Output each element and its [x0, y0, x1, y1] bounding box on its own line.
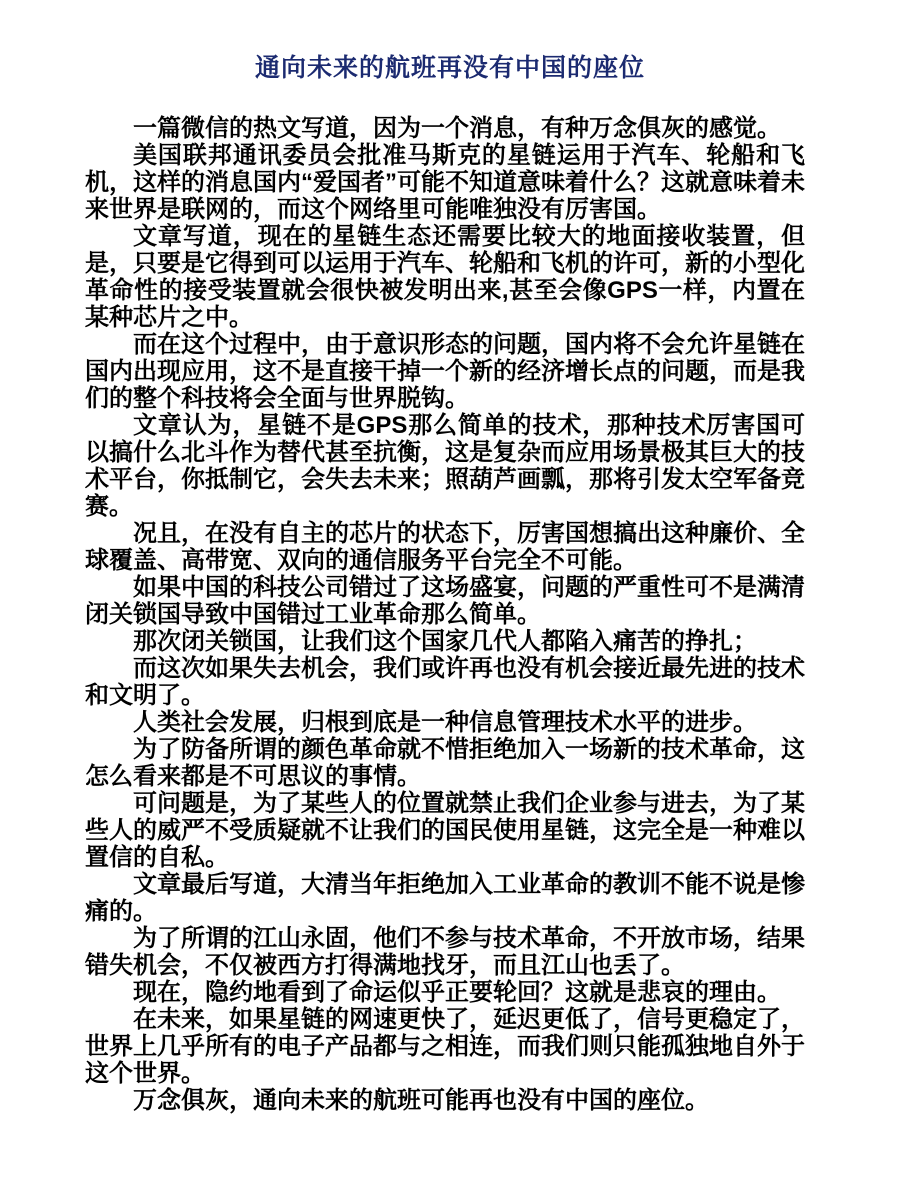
paragraph: 况且，在没有自主的芯片的状态下，厉害国想搞出这种廉价、全球覆盖、高带宽、双向的通… — [85, 520, 805, 574]
paragraph: 而这次如果失去机会，我们或许再也没有机会接近最先进的技术和文明了。 — [85, 655, 805, 709]
paragraph: 在未来，如果星链的网速更快了，延迟更低了，信号更稳定了，世界上几乎所有的电子产品… — [85, 1006, 805, 1087]
paragraph: 美国联邦通讯委员会批准马斯克的星链运用于汽车、轮船和飞机，这样的消息国内“爱国者… — [85, 142, 805, 223]
paragraph: 一篇微信的热文写道，因为一个消息，有种万念俱灰的感觉。 — [85, 115, 805, 142]
article-title: 通向未来的航班再没有中国的座位 — [0, 52, 900, 84]
paragraph: 为了防备所谓的颜色革命就不惜拒绝加入一场新的技术革命，这怎么看来都是不可思议的事… — [85, 736, 805, 790]
article-body: 一篇微信的热文写道，因为一个消息，有种万念俱灰的感觉。 美国联邦通讯委员会批准马… — [85, 115, 805, 1114]
paragraph: 文章最后写道，大清当年拒绝加入工业革命的教训不能不说是惨痛的。 — [85, 871, 805, 925]
paragraph: 为了所谓的江山永固，他们不参与技术革命，不开放市场，结果错失机会，不仅被西方打得… — [85, 925, 805, 979]
paragraph: 那次闭关锁国，让我们这个国家几代人都陷入痛苦的挣扎； — [85, 628, 805, 655]
paragraph: 如果中国的科技公司错过了这场盛宴，问题的严重性可不是满清闭关锁国导致中国错过工业… — [85, 574, 805, 628]
paragraph: 文章写道，现在的星链生态还需要比较大的地面接收装置，但是，只要是它得到可以运用于… — [85, 223, 805, 331]
paragraph: 文章认为，星链不是GPS那么简单的技术，那种技术厉害国可以搞什么北斗作为替代甚至… — [85, 412, 805, 520]
paragraph: 人类社会发展，归根到底是一种信息管理技术水平的进步。 — [85, 709, 805, 736]
paragraph: 现在，隐约地看到了命运似乎正要轮回？这就是悲哀的理由。 — [85, 979, 805, 1006]
paragraph: 而在这个过程中，由于意识形态的问题，国内将不会允许星链在国内出现应用，这不是直接… — [85, 331, 805, 412]
paragraph: 可问题是，为了某些人的位置就禁止我们企业参与进去，为了某些人的威严不受质疑就不让… — [85, 790, 805, 871]
document-page: 通向未来的航班再没有中国的座位 一篇微信的热文写道，因为一个消息，有种万念俱灰的… — [0, 0, 900, 1200]
paragraph: 万念俱灰，通向未来的航班可能再也没有中国的座位。 — [85, 1087, 805, 1114]
